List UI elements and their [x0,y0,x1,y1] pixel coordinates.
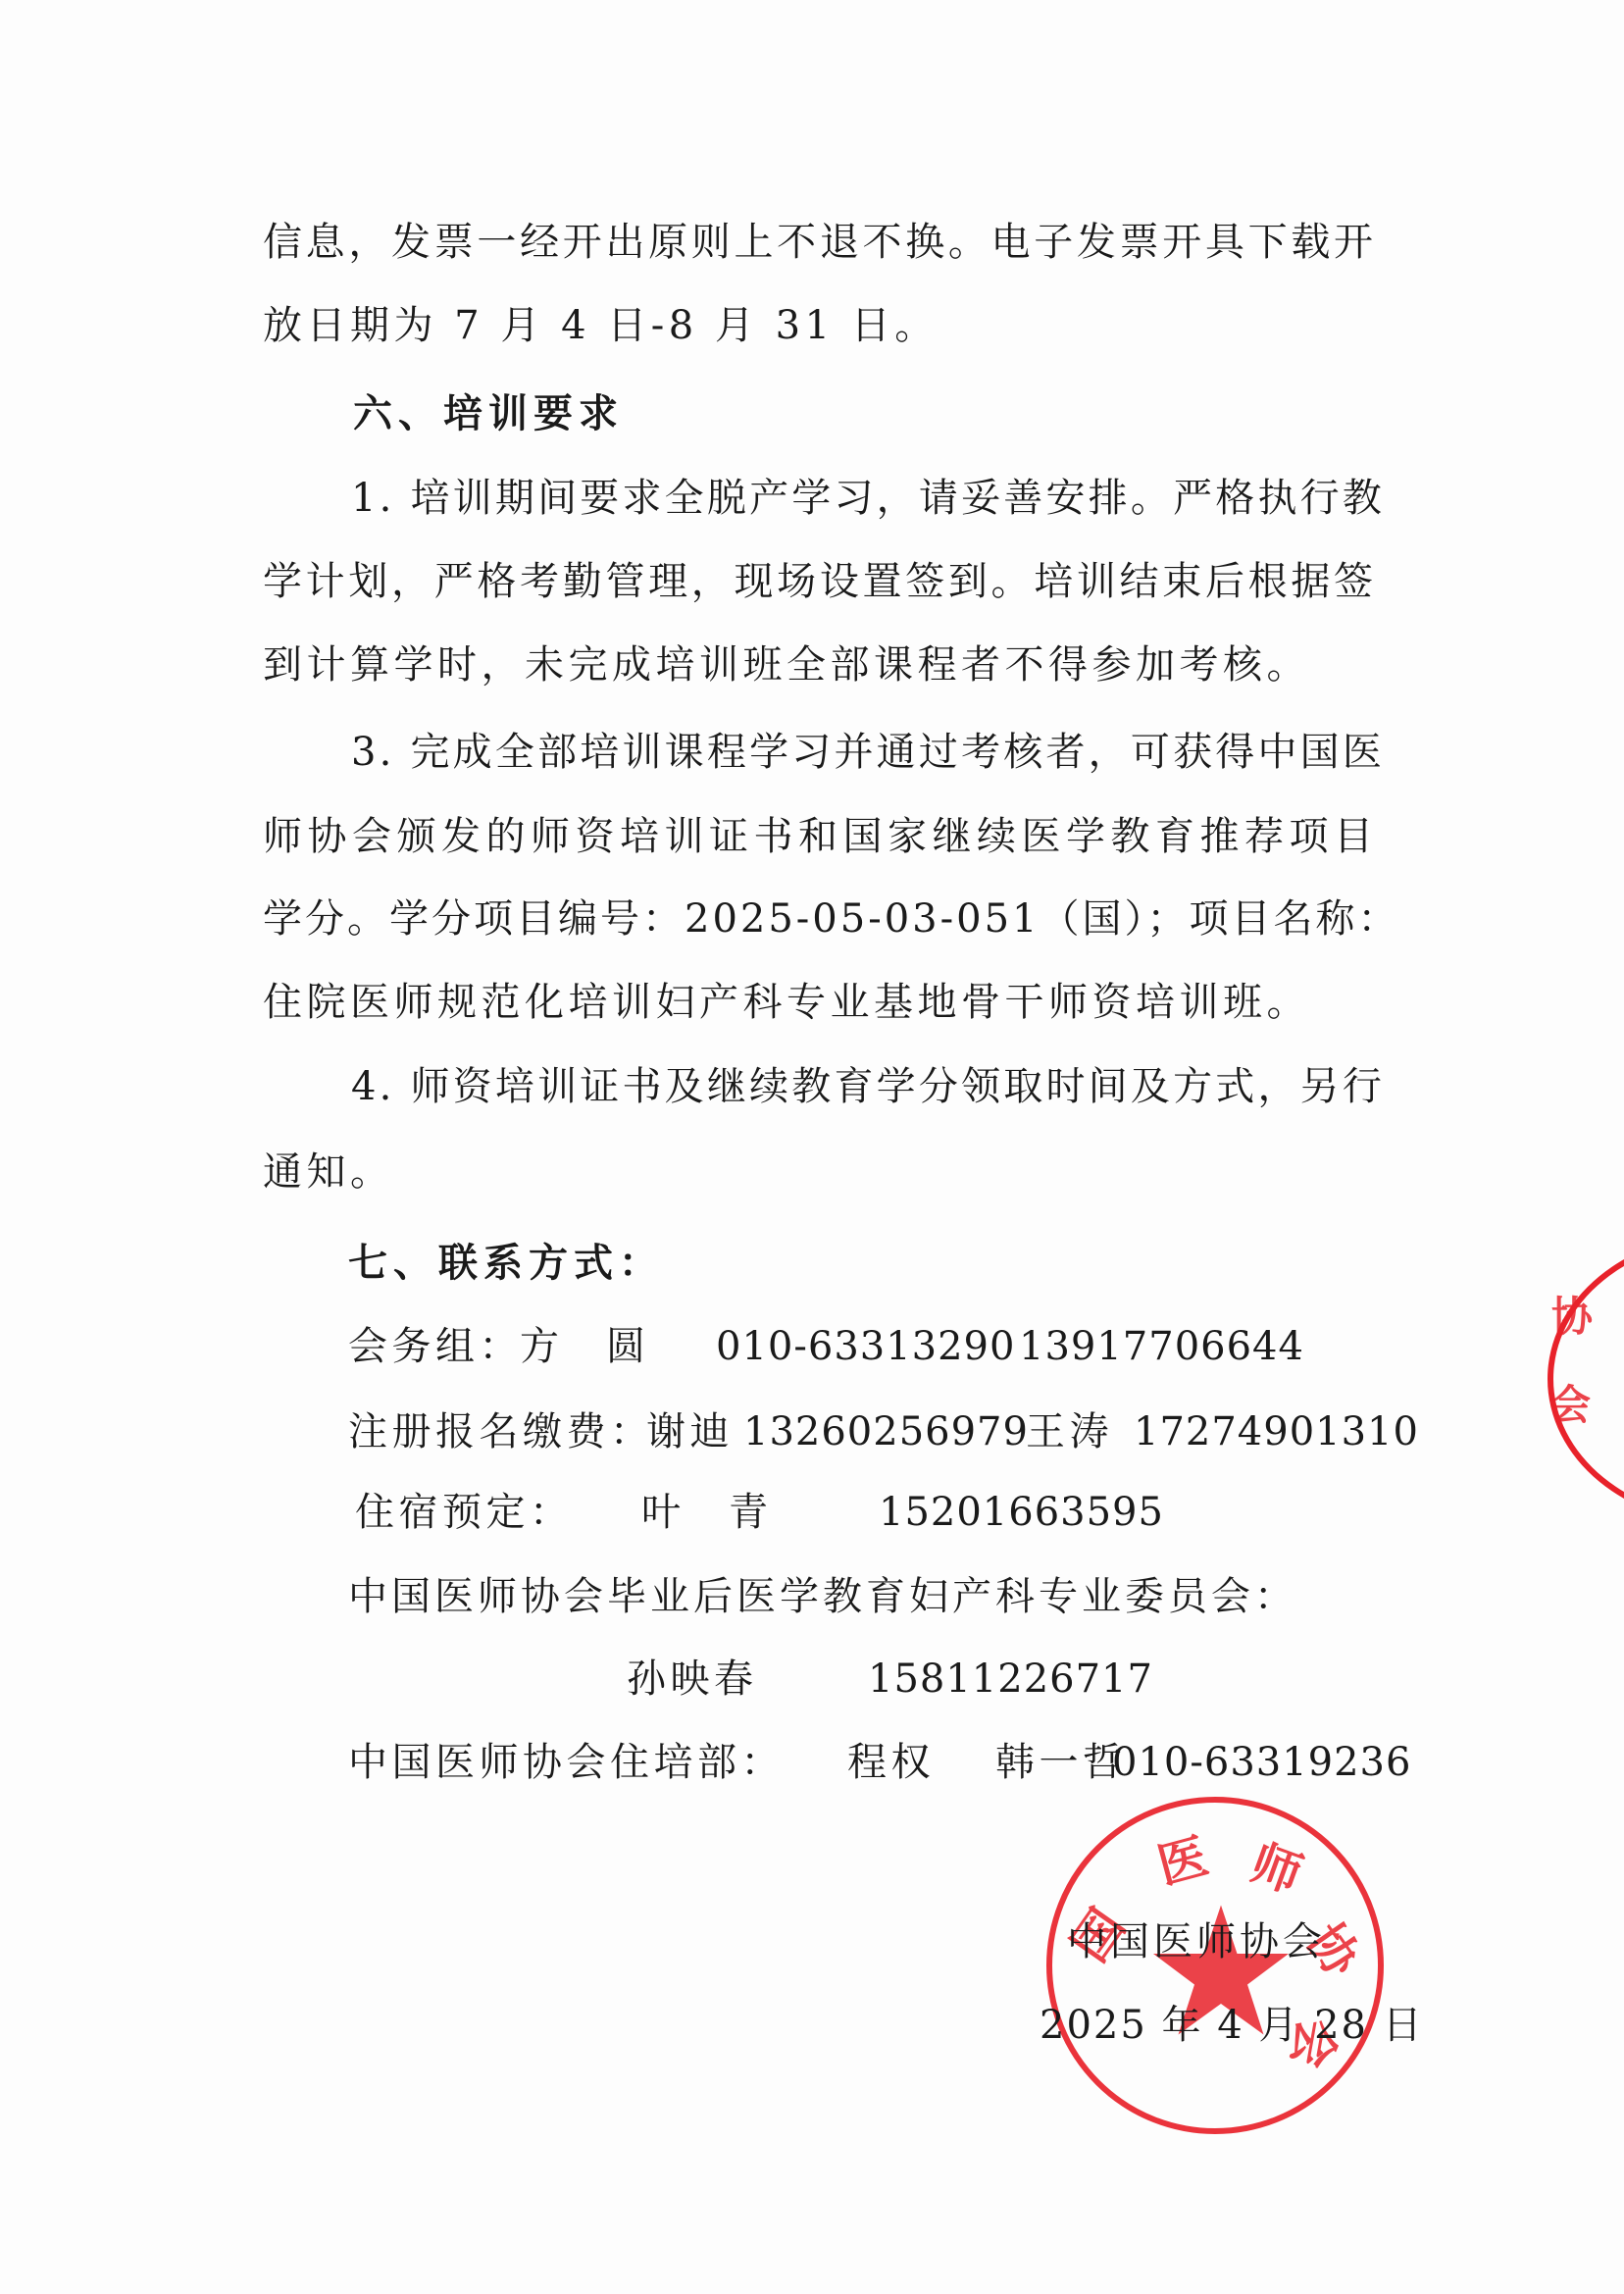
contact-phone: 15811226717 [868,1655,1153,1704]
contact-row-registration: 注册报名缴费： 谢迪 13260256979 王涛 17274901310 [348,1407,1388,1456]
document-page: 信息，发票一经开出原则上不退不换。电子发票开具下载开 放日期为 7 月 4 日-… [0,0,1624,2294]
contact-name: 青 [729,1488,773,1537]
seal-char: 协 [1551,1285,1593,1344]
paragraph-line: 3. 完成全部培训课程学习并通过考核者，可获得中国医 [351,728,1385,777]
contact-name: 韩一哲 [995,1738,1127,1787]
contact-row-conference: 会务组： 方 圆 010-63313290 13917706644 [348,1322,1388,1371]
contact-label: 会务组： [348,1322,523,1371]
seal-char: 会 [1549,1373,1591,1432]
signature-date: 2025 年 4 月 28 日 [1040,1994,1424,2050]
paragraph-line: 师协会颁发的师资培训证书和国家继续医学教育推荐项目 [263,812,1373,861]
signature-organization: 中国医师协会 [1067,1911,1326,1966]
contact-row-department: 中国医师协会住培部： 程权 韩一哲 010-63319236 [348,1738,1388,1787]
paragraph-line: 学分。学分项目编号：2025-05-03-051（国）；项目名称： [263,894,1400,943]
contact-row-committee: 孙映春 15811226717 [627,1655,1215,1704]
contact-phone: 17274901310 [1134,1407,1419,1456]
contact-name: 王涛 [1026,1407,1113,1456]
contact-name: 谢迪 [646,1407,734,1456]
contact-name: 孙映春 [627,1655,758,1704]
contact-name: 圆 [606,1322,650,1371]
paragraph-line: 到计算学时，未完成培训班全部课程者不得参加考核。 [263,640,1310,689]
contact-phone: 15201663595 [879,1488,1164,1537]
paragraph-line: 放日期为 7 月 4 日-8 月 31 日。 [263,301,939,350]
contact-label: 中国医师协会住培部： [348,1738,785,1787]
contact-label: 注册报名缴费： [348,1407,654,1456]
paragraph-line: 住院医师规范化培训妇产科专业基地骨干师资培训班。 [263,978,1310,1027]
paragraph-line: 1. 培训期间要求全脱产学习，请妥善安排。严格执行教 [351,474,1385,523]
contact-phone: 010-63313290 [716,1322,1015,1371]
paragraph-line: 通知。 [263,1147,394,1197]
contact-phone: 010-63319236 [1112,1738,1411,1787]
paragraph-line: 4. 师资培训证书及继续教育学分领取时间及方式，另行 [351,1062,1385,1111]
contact-row-committee-label: 中国医师协会毕业后医学教育妇产科专业委员会： [348,1572,1297,1621]
paragraph-line: 学计划，严格考勤管理，现场设置签到。培训结束后根据签 [263,557,1373,606]
contact-name: 程权 [847,1738,935,1787]
contact-phone: 13260256979 [743,1407,1029,1456]
section-heading-contacts: 七、联系方式： [348,1239,664,1288]
contact-phone: 13917706644 [1019,1322,1304,1371]
partial-seal-stamp: 协 会 [1540,1226,1624,1530]
contact-name: 叶 [641,1488,685,1537]
contact-label: 住宿预定： [355,1488,574,1537]
contact-name: 方 [520,1322,564,1371]
paragraph-line: 信息，发票一经开出原则上不退不换。电子发票开具下载开 [263,218,1373,267]
contact-row-lodging: 住宿预定： 叶 青 15201663595 [355,1488,1395,1537]
section-heading-training-requirements: 六、培训要求 [353,389,624,438]
